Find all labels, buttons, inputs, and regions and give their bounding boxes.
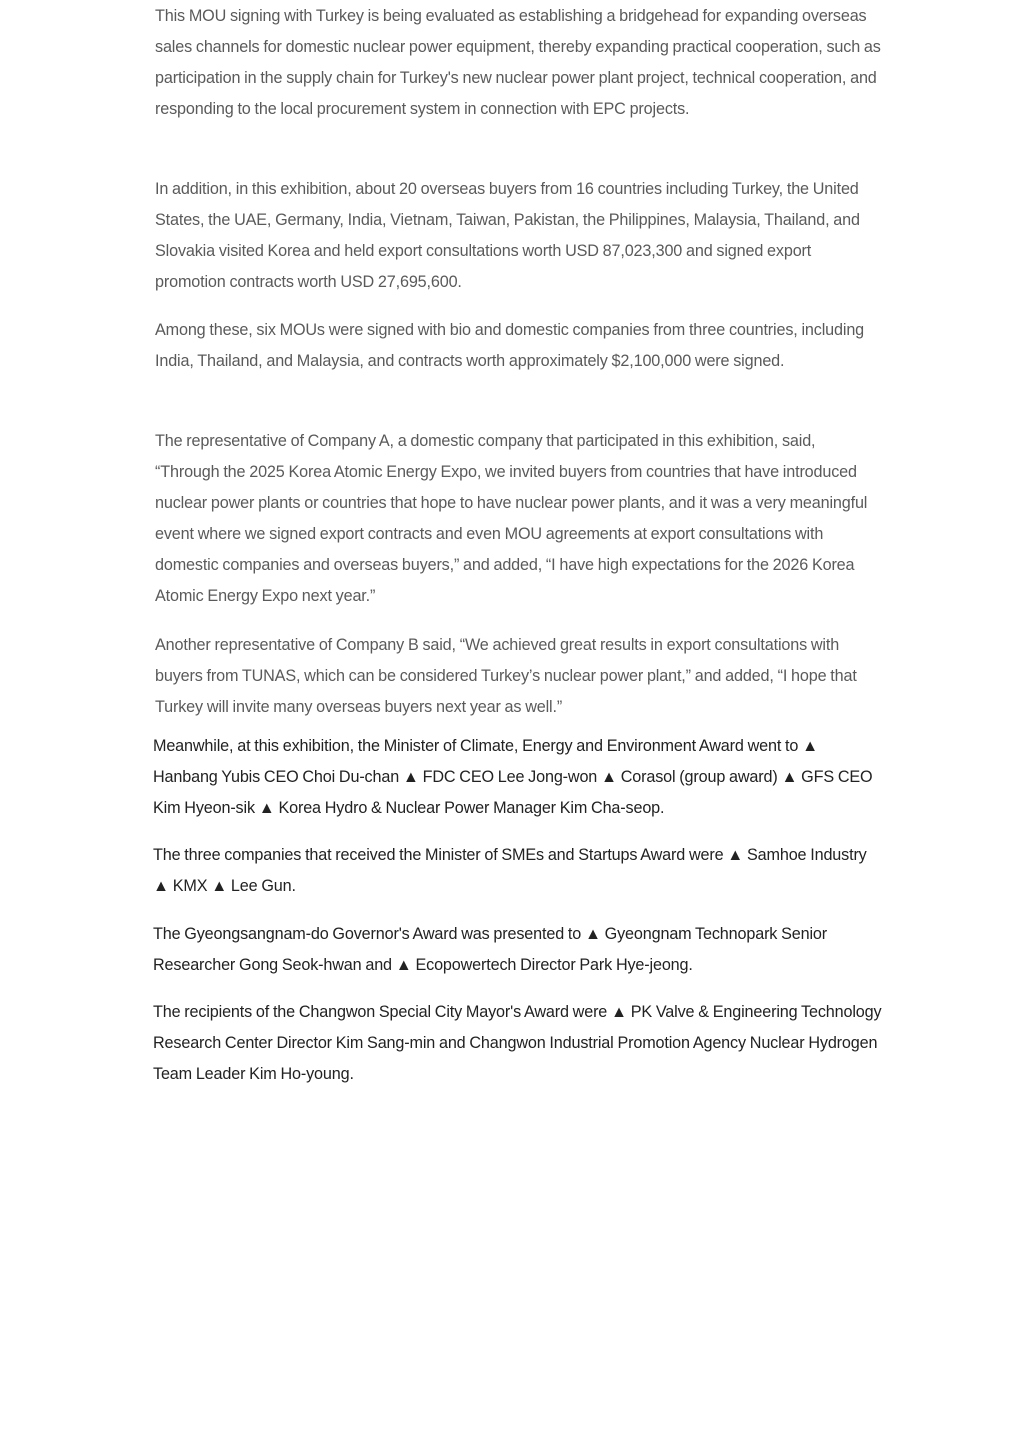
paragraph-minister-climate-award: Meanwhile, at this exhibition, the Minis…: [153, 731, 883, 824]
paragraph-company-b-quote: Another representative of Company B said…: [155, 630, 883, 723]
paragraph-mou-turkey: This MOU signing with Turkey is being ev…: [155, 1, 883, 125]
paragraph-company-a-quote: The representative of Company A, a domes…: [155, 426, 883, 612]
paragraph-mayor-award: The recipients of the Changwon Special C…: [153, 997, 883, 1090]
paragraph-governor-award: The Gyeongsangnam-do Governor's Award wa…: [153, 919, 883, 981]
paragraph-mous-signed: Among these, six MOUs were signed with b…: [155, 315, 883, 377]
paragraph-overseas-buyers: In addition, in this exhibition, about 2…: [155, 174, 883, 298]
paragraph-minister-smes-award: The three companies that received the Mi…: [153, 840, 883, 902]
